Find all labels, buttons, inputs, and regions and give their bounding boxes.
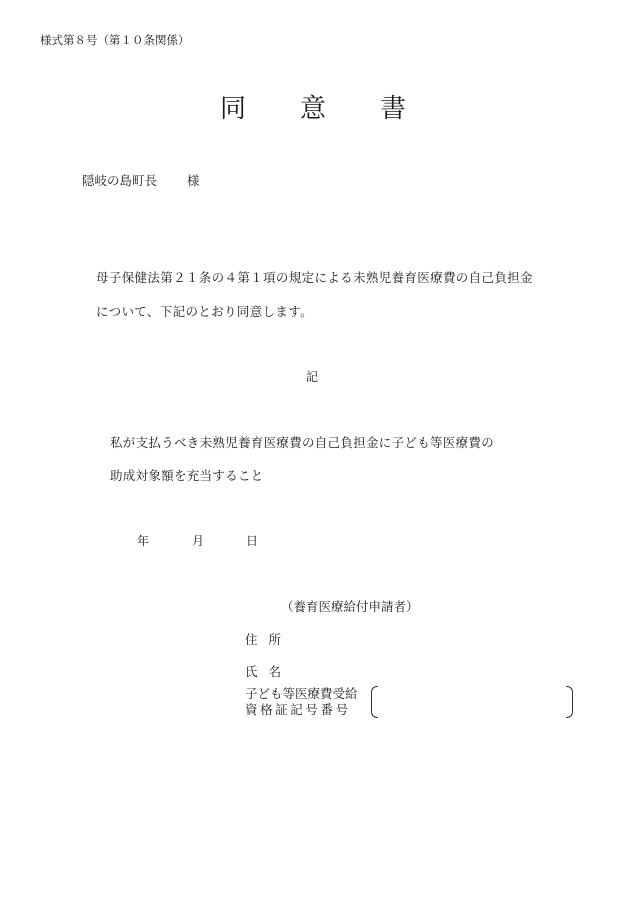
addressee-honorific: 様 <box>187 173 200 188</box>
item-text-line-1: 私が支払うべき未熟児養育医療費の自己負担金に子ども等医療費の <box>110 433 494 451</box>
certificate-number-field[interactable] <box>380 688 564 716</box>
form-number: 様式第８号（第１０条関係） <box>40 32 190 48</box>
body-text-line-1: 母子保健法第２１条の４第１項の規定による未熟児養育医療費の自己負担金 <box>96 268 533 286</box>
certificate-label-line-1: 子ども等医療費受給 <box>245 686 358 701</box>
applicant-label: （養育医療給付申請者） <box>281 597 419 615</box>
addressee: 隠岐の島町長様 <box>82 171 200 189</box>
address-label: 住所 <box>245 630 292 648</box>
addressee-name: 隠岐の島町長 <box>82 173 157 188</box>
name-label: 氏名 <box>245 662 292 680</box>
date-day-label: 日 <box>246 532 258 549</box>
item-text-line-2: 助成対象額を充当すること <box>110 466 264 484</box>
title-char-3: 書 <box>380 88 406 125</box>
ki-heading: 記 <box>306 368 318 385</box>
left-bracket <box>371 686 378 718</box>
certificate-label-line-2: 資格証記号番号 <box>245 702 351 717</box>
right-bracket <box>566 686 573 718</box>
title-char-2: 意 <box>300 88 326 125</box>
title-char-1: 同 <box>220 88 246 125</box>
date-year-label: 年 <box>137 532 149 549</box>
date-month-label: 月 <box>192 532 204 549</box>
body-text-line-2: について、下記のとおり同意します。 <box>96 302 313 320</box>
